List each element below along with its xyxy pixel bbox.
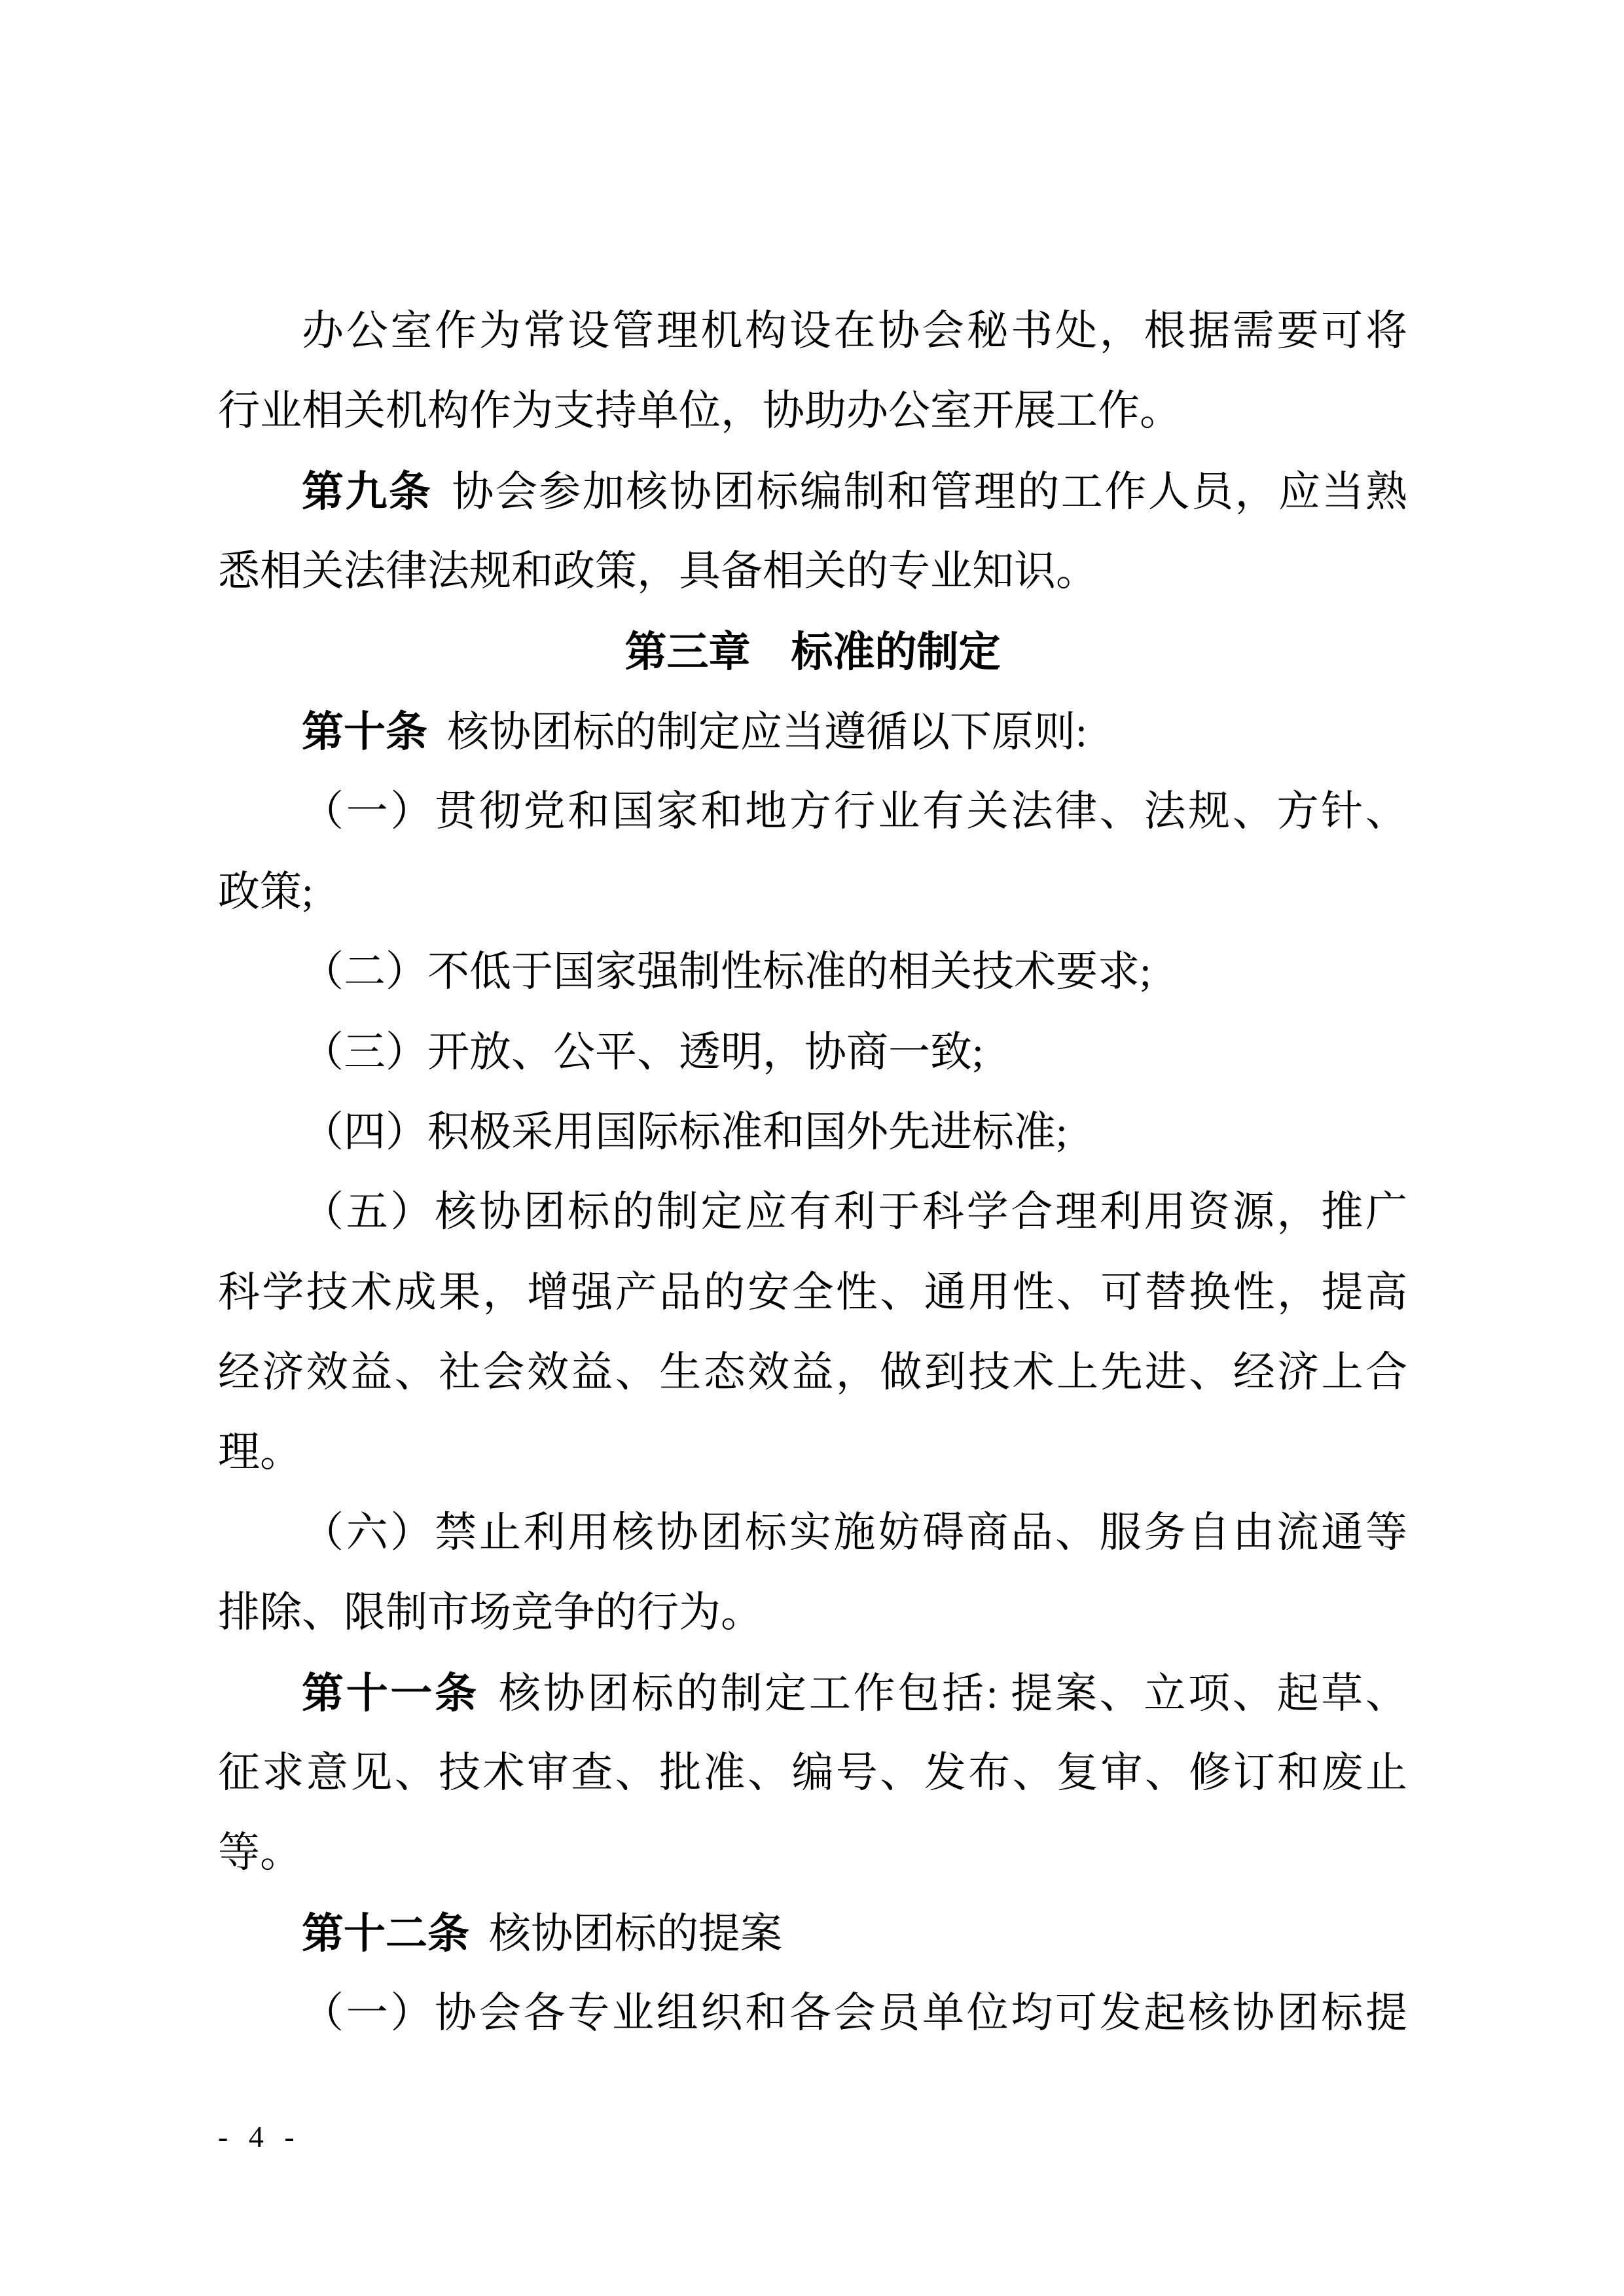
paragraph-line: 理。 [218, 1412, 1407, 1492]
paragraph-line: （六）禁止利用核协团标实施妨碍商品、服务自由流通等 [218, 1493, 1407, 1573]
paragraph-text: （三）开放、公平、透明，协商一致; [302, 1029, 984, 1075]
article-number: 第十二条 [302, 1910, 469, 1957]
paragraph-text: （六）禁止利用核协团标实施妨碍商品、服务自由流通等 [302, 1509, 1407, 1556]
paragraph-text: 等。 [218, 1829, 302, 1876]
paragraph-line: 第十一条核协团标的制定工作包括: 提案、立项、起草、 [218, 1653, 1407, 1733]
paragraph-text: 征求意见、技术审查、批准、编号、发布、复审、修订和废止 [218, 1749, 1407, 1796]
paragraph-text: 行业相关机构作为支持单位，协助办公室开展工作。 [218, 387, 1182, 434]
paragraph-line: 第九条协会参加核协团标编制和管理的工作人员，应当熟 [218, 452, 1407, 531]
paragraph-text: 核协团标的制定工作包括: 提案、立项、起草、 [499, 1670, 1407, 1717]
paragraph-text: 政策; [218, 869, 314, 915]
paragraph-line: 第十条核协团标的制定应当遵循以下原则: [218, 692, 1407, 772]
paragraph-line: （三）开放、公平、透明，协商一致; [218, 1013, 1407, 1092]
paragraph-line: （一）贯彻党和国家和地方行业有关法律、法规、方针、 [218, 772, 1407, 852]
paragraph-text: 经济效益、社会效益、生态效益，做到技术上先进、经济上合 [218, 1349, 1407, 1395]
paragraph-line: 排除、限制市场竞争的行为。 [218, 1573, 1407, 1653]
paragraph-line: （一）协会各专业组织和各会员单位均可发起核协团标提 [218, 1973, 1407, 2053]
chapter-heading: 第三章标准的制定 [218, 612, 1407, 692]
paragraph-text: （五）核协团标的制定应有利于科学合理利用资源，推广 [302, 1189, 1407, 1235]
paragraph-line: （四）积极采用国际标准和国外先进标准; [218, 1092, 1407, 1172]
chapter-title: 标准的制定 [791, 628, 1001, 675]
document-page: 办公室作为常设管理机构设在协会秘书处，根据需要可将 行业相关机构作为支持单位，协… [0, 0, 1624, 2296]
paragraph-text: （一）协会各专业组织和各会员单位均可发起核协团标提 [302, 1990, 1407, 2036]
paragraph-line: 办公室作为常设管理机构设在协会秘书处，根据需要可将 [218, 291, 1407, 371]
paragraph-text: 悉相关法律法规和政策，具备相关的专业知识。 [218, 548, 1098, 594]
paragraph-line: （二）不低于国家强制性标准的相关技术要求; [218, 932, 1407, 1012]
article-number: 第十条 [302, 708, 427, 755]
paragraph-line: 等。 [218, 1813, 1407, 1893]
paragraph-line: 政策; [218, 852, 1407, 932]
paragraph-text: （一）贯彻党和国家和地方行业有关法律、法规、方针、 [302, 788, 1407, 834]
paragraph-line: 科学技术成果，增强产品的安全性、通用性、可替换性，提高 [218, 1253, 1407, 1333]
paragraph-line: 行业相关机构作为支持单位，协助办公室开展工作。 [218, 371, 1407, 451]
paragraph-line: 经济效益、社会效益、生态效益，做到技术上先进、经济上合 [218, 1333, 1407, 1412]
paragraph-text: 核协团标的提案 [489, 1910, 782, 1957]
article-number: 第九条 [302, 468, 432, 515]
paragraph-text: 科学技术成果，增强产品的安全性、通用性、可替换性，提高 [218, 1269, 1407, 1316]
document-body: 办公室作为常设管理机构设在协会秘书处，根据需要可将 行业相关机构作为支持单位，协… [218, 291, 1407, 2054]
paragraph-text: 办公室作为常设管理机构设在协会秘书处，根据需要可将 [302, 308, 1407, 354]
paragraph-line: 悉相关法律法规和政策，具备相关的专业知识。 [218, 531, 1407, 611]
article-number: 第十一条 [302, 1670, 479, 1717]
chapter-number: 第三章 [625, 628, 751, 675]
paragraph-line: 第十二条核协团标的提案 [218, 1893, 1407, 1973]
paragraph-text: （四）积极采用国际标准和国外先进标准; [302, 1109, 1068, 1155]
paragraph-text: 协会参加核协团标编制和管理的工作人员，应当熟 [452, 469, 1407, 515]
paragraph-text: （二）不低于国家强制性标准的相关技术要求; [302, 948, 1151, 995]
paragraph-line: 征求意见、技术审查、批准、编号、发布、复审、修订和废止 [218, 1733, 1407, 1813]
page-number: - 4 - [218, 2119, 301, 2154]
paragraph-text: 排除、限制市场竞争的行为。 [218, 1589, 763, 1636]
paragraph-text: 核协团标的制定应当遵循以下原则: [447, 709, 1087, 755]
paragraph-line: （五）核协团标的制定应有利于科学合理利用资源，推广 [218, 1172, 1407, 1252]
paragraph-text: 理。 [218, 1429, 302, 1475]
